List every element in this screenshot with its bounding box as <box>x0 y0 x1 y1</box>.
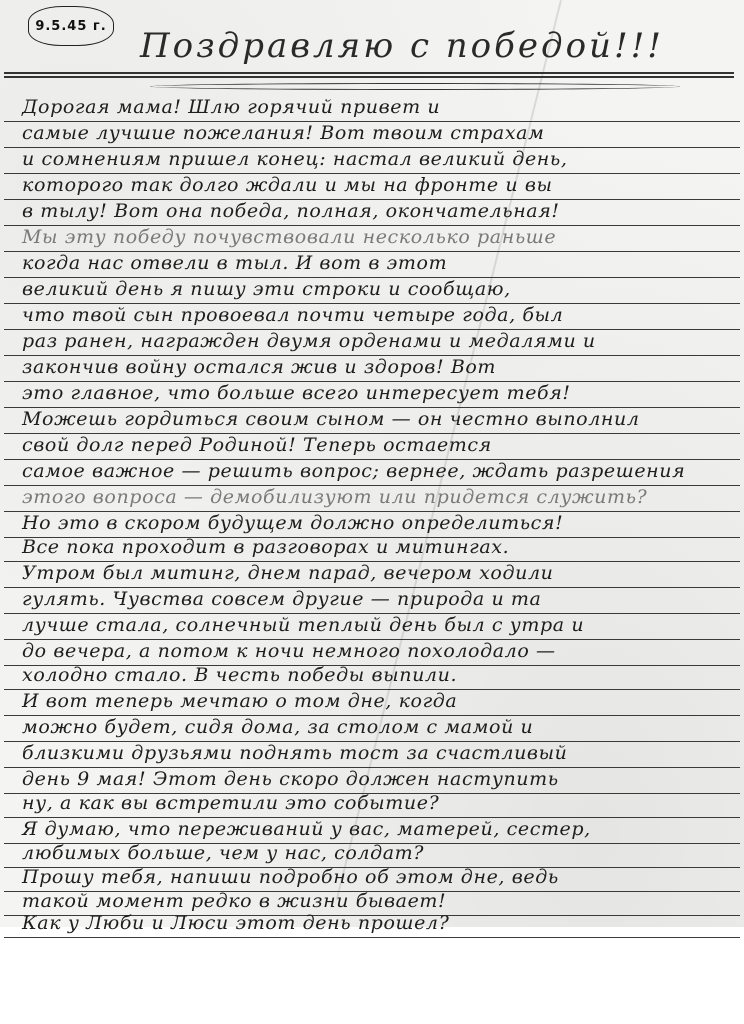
date-stamp: 9.5.45 г. <box>28 6 114 46</box>
letter-line: Как у Люби и Люси этот день прошел? <box>4 908 740 938</box>
title-rule-double <box>4 76 734 78</box>
letter-title: Поздравляю с победой!!! <box>140 26 740 76</box>
date-text: 9.5.45 г. <box>35 19 106 34</box>
title-rule <box>4 72 734 74</box>
title-flourish-underline <box>150 83 680 90</box>
letter-paper: 9.5.45 г. Поздравляю с победой!!! Дорога… <box>0 0 744 927</box>
